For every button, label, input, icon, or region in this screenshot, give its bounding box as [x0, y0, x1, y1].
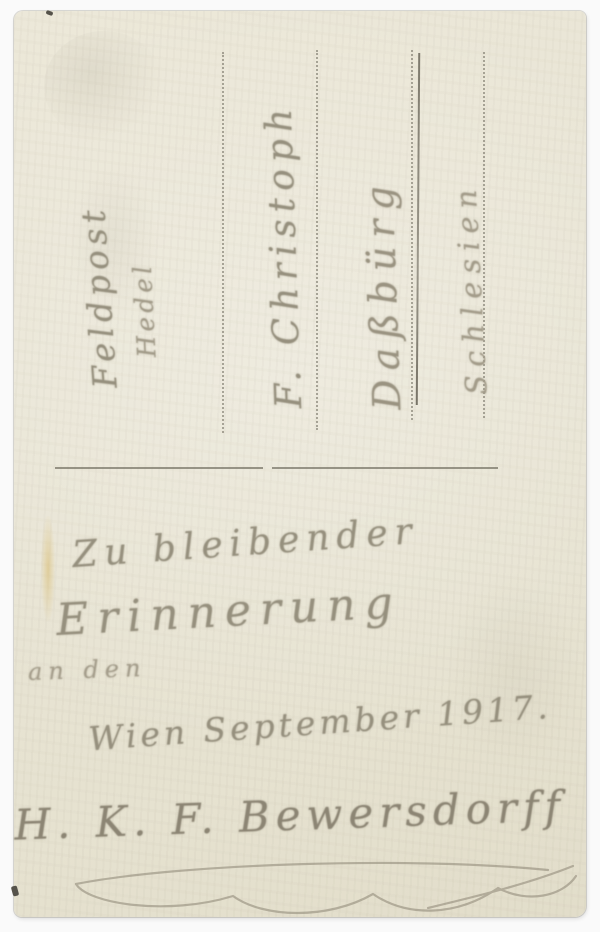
handwriting-region: Schlesien	[444, 104, 493, 395]
divider-line-left	[55, 467, 263, 469]
edge-nick	[11, 885, 19, 896]
edge-nick	[46, 10, 54, 16]
handwriting-feldpost: Feldpost	[71, 177, 125, 389]
handwriting-signature: H. K. F. Bewersdorff	[13, 781, 567, 849]
smudge-mark	[44, 31, 164, 141]
dotted-address-line	[411, 50, 413, 420]
handwriting-date-line: Wien September 1917.	[87, 687, 552, 758]
postcard: Feldpost Hedel F. Christoph Daßbürg Schl…	[14, 11, 586, 917]
handwriting-message-line-1: Zu bleibender	[71, 511, 420, 576]
handwriting-message-line-2: Erinnerung	[55, 577, 403, 646]
handwriting-name-line: Hedel	[126, 237, 161, 358]
dotted-address-line	[316, 50, 318, 430]
divider-line-right	[272, 467, 498, 469]
handwriting-message-line-3: an den	[28, 654, 147, 686]
yellow-stain	[41, 516, 55, 621]
handwriting-recipient: F. Christoph	[258, 78, 310, 409]
handwriting-place: Daßbürg	[355, 99, 410, 410]
smudge-mark	[444, 571, 584, 771]
hand-drawn-pencil-line	[416, 53, 420, 405]
signature-flourish-underline	[28, 846, 588, 926]
dotted-address-line	[222, 52, 224, 433]
